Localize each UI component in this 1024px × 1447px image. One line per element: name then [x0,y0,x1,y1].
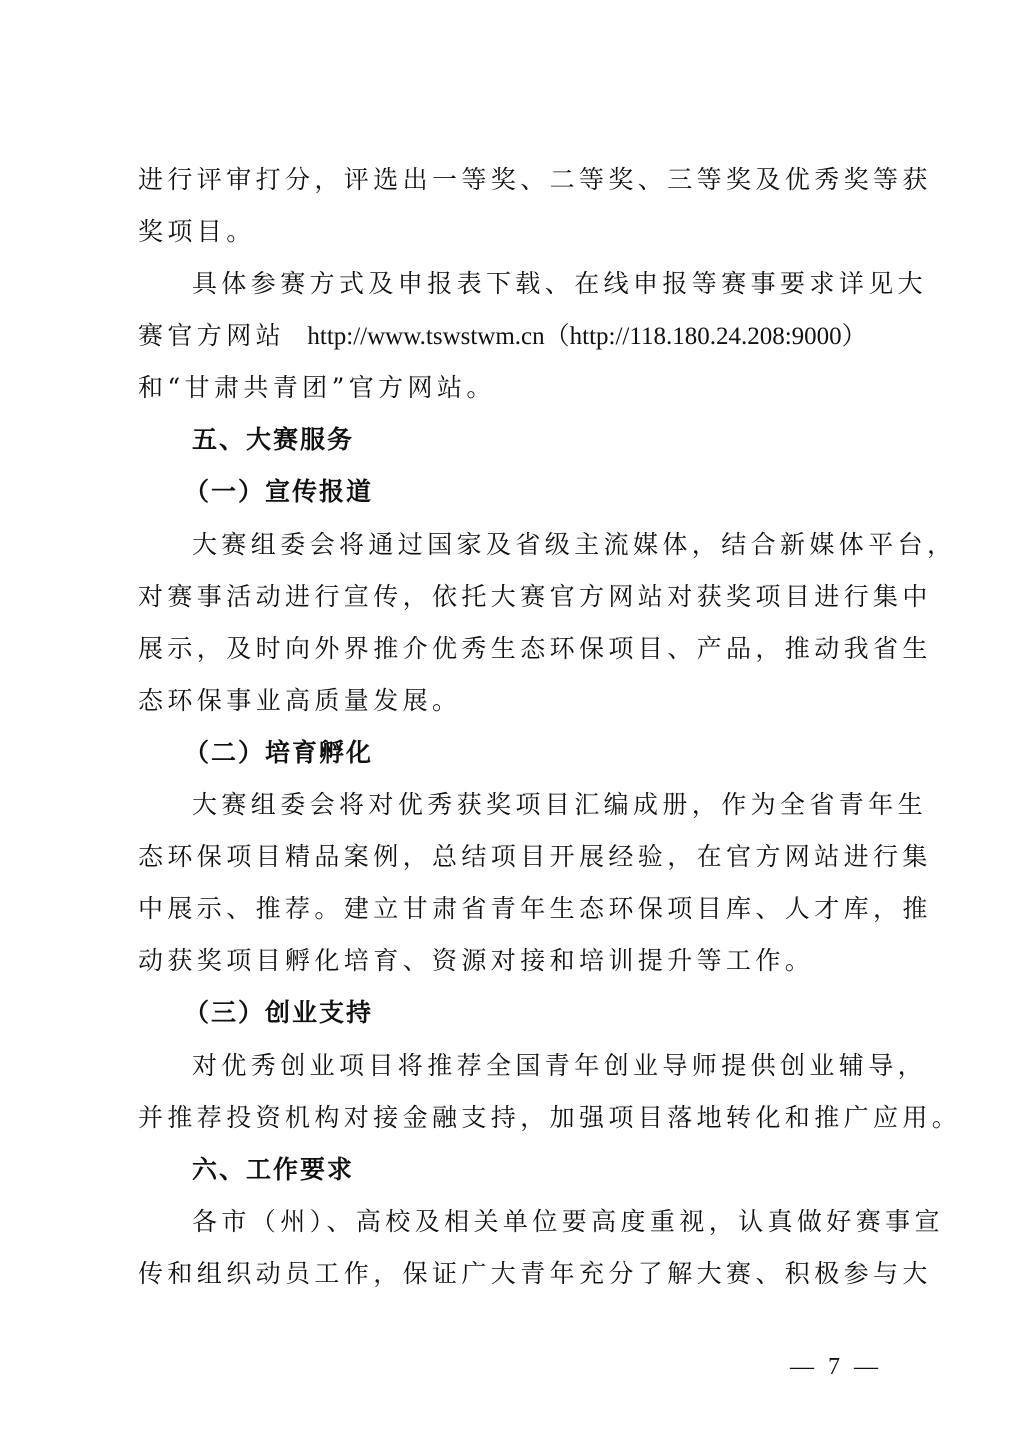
paragraph-line: 奖项目。 [138,214,898,250]
document-page: 进行评审打分，评选出一等奖、二等奖、三等奖及优秀奖等获 奖项目。 具体参赛方式及… [0,0,1024,1447]
paragraph-line: 进行评审打分，评选出一等奖、二等奖、三等奖及优秀奖等获 [138,162,898,198]
paragraph-line: 具体参赛方式及申报表下载、在线申报等赛事要求详见大 [192,266,952,302]
paragraph-line: 对赛事活动进行宣传，依托大赛官方网站对获奖项目进行集中 [138,579,898,615]
website-url-link[interactable]: http://www.tswstwm.cn（http://118.180.24.… [307,323,866,350]
paragraph-line: 大赛组委会将对优秀获奖项目汇编成册，作为全省青年生 [192,787,952,823]
paragraph-line-with-url: 赛官方网站 http://www.tswstwm.cn（http://118.1… [138,318,898,355]
paragraph-line: 动获奖项目孵化培育、资源对接和培训提升等工作。 [138,943,898,979]
paragraph-line: 和“甘肃共青团”官方网站。 [138,370,898,406]
subsection-heading-publicity: （一）宣传报道 [184,474,944,510]
paragraph-line: 展示，及时向外界推介优秀生态环保项目、产品，推动我省生 [138,631,898,667]
paragraph-line: 并推荐投资机构对接金融支持，加强项目落地转化和推广应用。 [138,1100,898,1136]
paragraph-line: 大赛组委会将通过国家及省级主流媒体，结合新媒体平台， [192,527,952,563]
paragraph-line: 中展示、推荐。建立甘肃省青年生态环保项目库、人才库，推 [138,891,898,927]
subsection-heading-startup-support: （三）创业支持 [184,995,944,1031]
paragraph-line: 对优秀创业项目将推荐全国青年创业导师提供创业辅导， [192,1048,952,1084]
subsection-heading-incubation: （二）培育孵化 [184,735,944,771]
paragraph-text: 赛官方网站 [138,321,285,350]
page-number: — 7 — [790,1352,882,1382]
paragraph-line: 态环保项目精品案例，总结项目开展经验，在官方网站进行集 [138,839,898,875]
section-heading-6: 六、工作要求 [192,1152,952,1188]
paragraph-line: 态环保事业高质量发展。 [138,683,898,719]
paragraph-line: 各市（州）、高校及相关单位要高度重视，认真做好赛事宣 [192,1204,952,1240]
section-heading-5: 五、大赛服务 [192,422,952,458]
paragraph-line: 传和组织动员工作，保证广大青年充分了解大赛、积极参与大 [138,1256,898,1292]
